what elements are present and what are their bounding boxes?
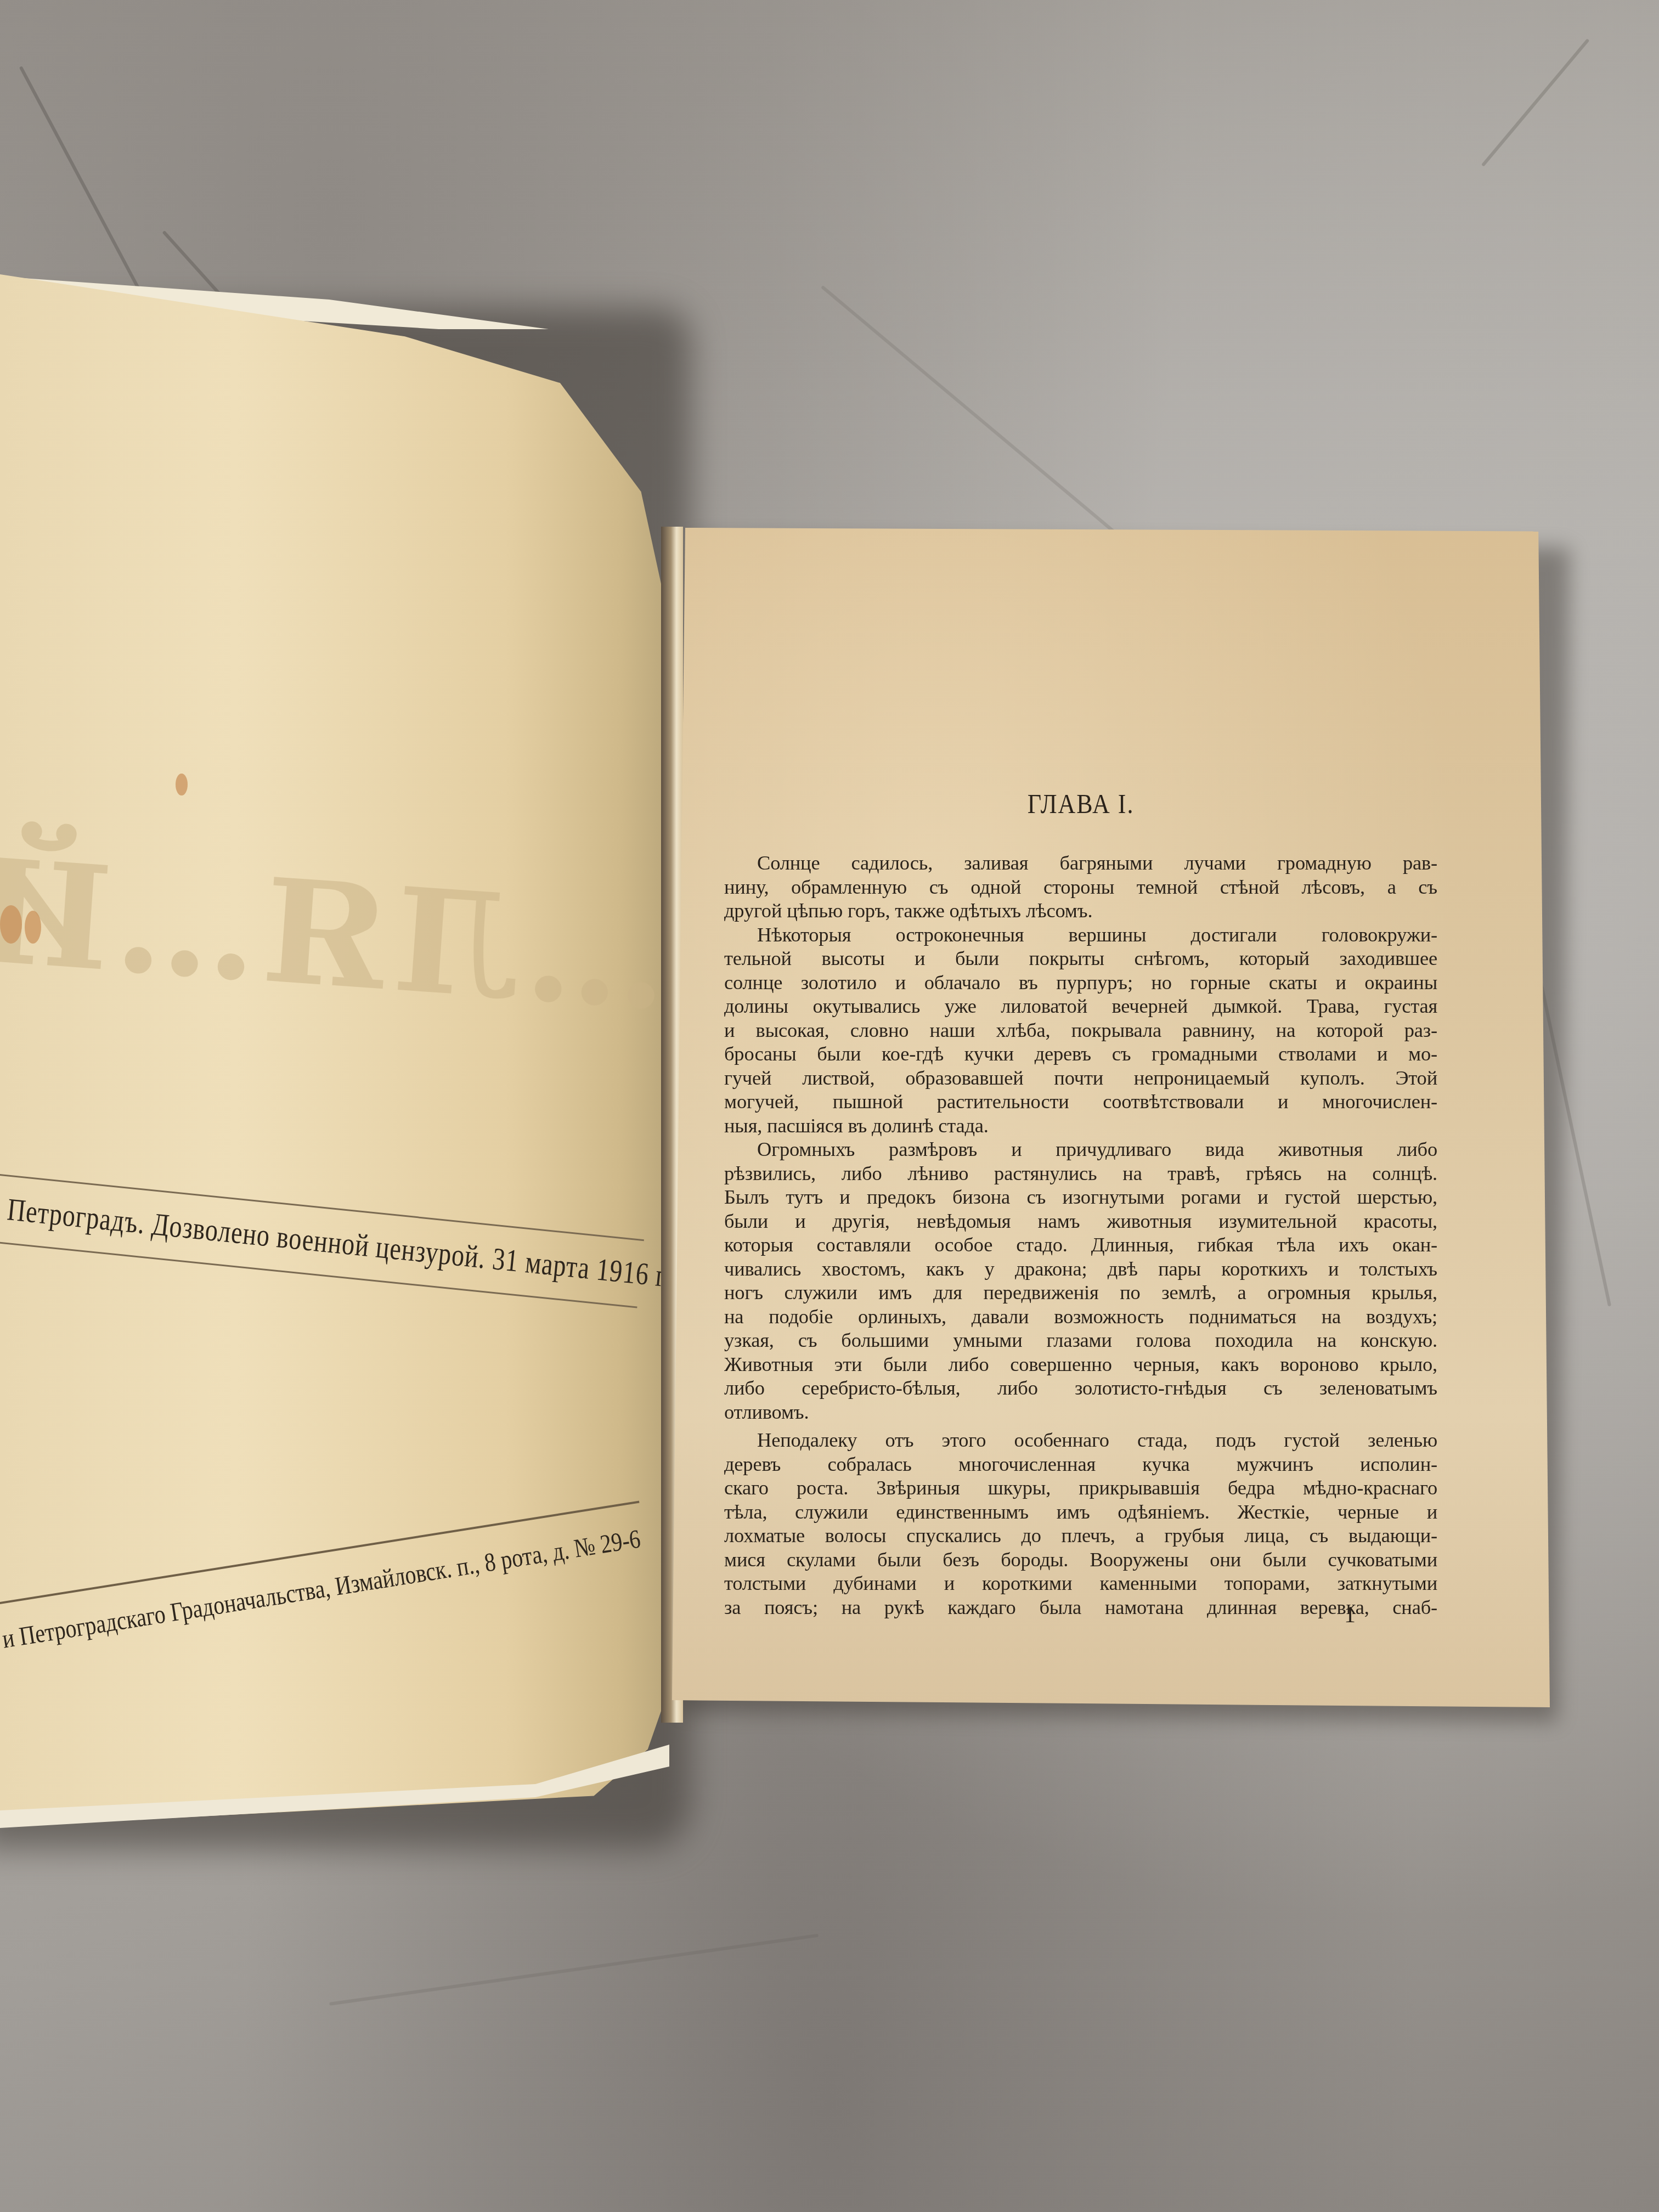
paragraph-4: Неподалеку отъ этого особеннаго стада, п… [724,1428,1437,1619]
text-line: отливомъ. [724,1400,1437,1424]
text-line: бросаны были кое-гдѣ кучки деревъ съ гро… [724,1042,1437,1066]
left-page: …ЛЯ…Й… Петроградъ. Дозволено военной цен… [0,274,675,1827]
text-line: и высокая, словно наши хлѣба, покрывала … [724,1018,1437,1042]
text-line: другой цѣпью горъ, также одѣтыхъ лѣсомъ. [724,899,1437,923]
foxing-stain [0,905,22,944]
text-line: либо серебристо-бѣлыя, либо золотисто-гн… [724,1376,1437,1400]
text-line: долины окутывались уже лиловатой вечерне… [724,994,1437,1018]
censorship-imprint: Петроградъ. Дозволено военной цензурой. … [0,1174,644,1308]
text-line: были и другія, невѣдомыя намъ животныя и… [724,1209,1437,1233]
text-line: лохматые волосы спускались до плечъ, а г… [724,1523,1437,1548]
text-line: скаго роста. Звѣриныя шкуры, прикрывавші… [724,1476,1437,1500]
foxing-stain [25,911,41,944]
text-line: мися скулами были безъ бороды. Вооружены… [724,1548,1437,1572]
text-line: гучей листвой, образовавшей почти непрон… [724,1066,1437,1090]
paragraph-3: Огромныхъ размѣровъ и причудливаго вида … [724,1137,1437,1424]
marble-vein [1481,38,1589,167]
text-line: которыя составляли особое стадо. Длинныя… [724,1233,1437,1257]
text-line: нину, обрамленную съ одной стороны темно… [724,875,1437,899]
paragraph-1: Солнце садилось, заливая багряными лучам… [724,851,1437,923]
text-line: Солнце садилось, заливая багряными лучам… [724,851,1437,875]
ghost-title-showthrough: …ЛЯ…Й… [0,826,674,1042]
text-line: за поясъ; на рукѣ каждаго была намотана … [724,1595,1437,1620]
text-line: узкая, съ большими умными глазами голова… [724,1328,1437,1352]
text-line: могучей, пышной растительности соотвѣтст… [724,1090,1437,1114]
text-line: Былъ тутъ и предокъ бизона съ изогнутыми… [724,1185,1437,1209]
text-line: чивались хвостомъ, какъ у дракона; двѣ п… [724,1257,1437,1281]
text-line: солнце золотило и облачало въ пурпуръ; н… [724,970,1437,995]
text-line: Животныя эти были либо совершенно черныя… [724,1352,1437,1376]
text-line: толстыми дубинами и короткими каменными … [724,1571,1437,1595]
foxing-stain [176,774,188,795]
text-line: Неподалеку отъ этого особеннаго стада, п… [724,1428,1437,1452]
text-line: ныя, пасшіяся въ долинѣ стада. [724,1114,1437,1138]
text-line: Нѣкоторыя остроконечныя вершины достигал… [724,923,1437,947]
paragraph-2: Нѣкоторыя остроконечныя вершины достигал… [724,923,1437,1138]
text-line: Огромныхъ размѣровъ и причудливаго вида … [724,1137,1437,1161]
page-number: 1 [1344,1602,1356,1628]
text-line: деревъ собралась многочисленная кучка му… [724,1452,1437,1476]
marble-vein [329,1934,819,2006]
text-line: на подобіе орлиныхъ, давали возможность … [724,1305,1437,1329]
text-line: рѣзвились, либо лѣниво растянулись на тр… [724,1161,1437,1186]
chapter-title: ГЛАВА I. [724,788,1437,820]
text-line: тельной высоты и были покрыты снѣгомъ, к… [724,946,1437,970]
chapter-text: ГЛАВА I. Солнце садилось, заливая багрян… [724,790,1437,1619]
text-line: ногъ служили имъ для передвиженія по зем… [724,1280,1437,1305]
censorship-line: Петроградъ. Дозволено военной цензурой. … [5,1191,673,1295]
text-line: тѣла, служили единственнымъ имъ одѣяніем… [724,1500,1437,1524]
